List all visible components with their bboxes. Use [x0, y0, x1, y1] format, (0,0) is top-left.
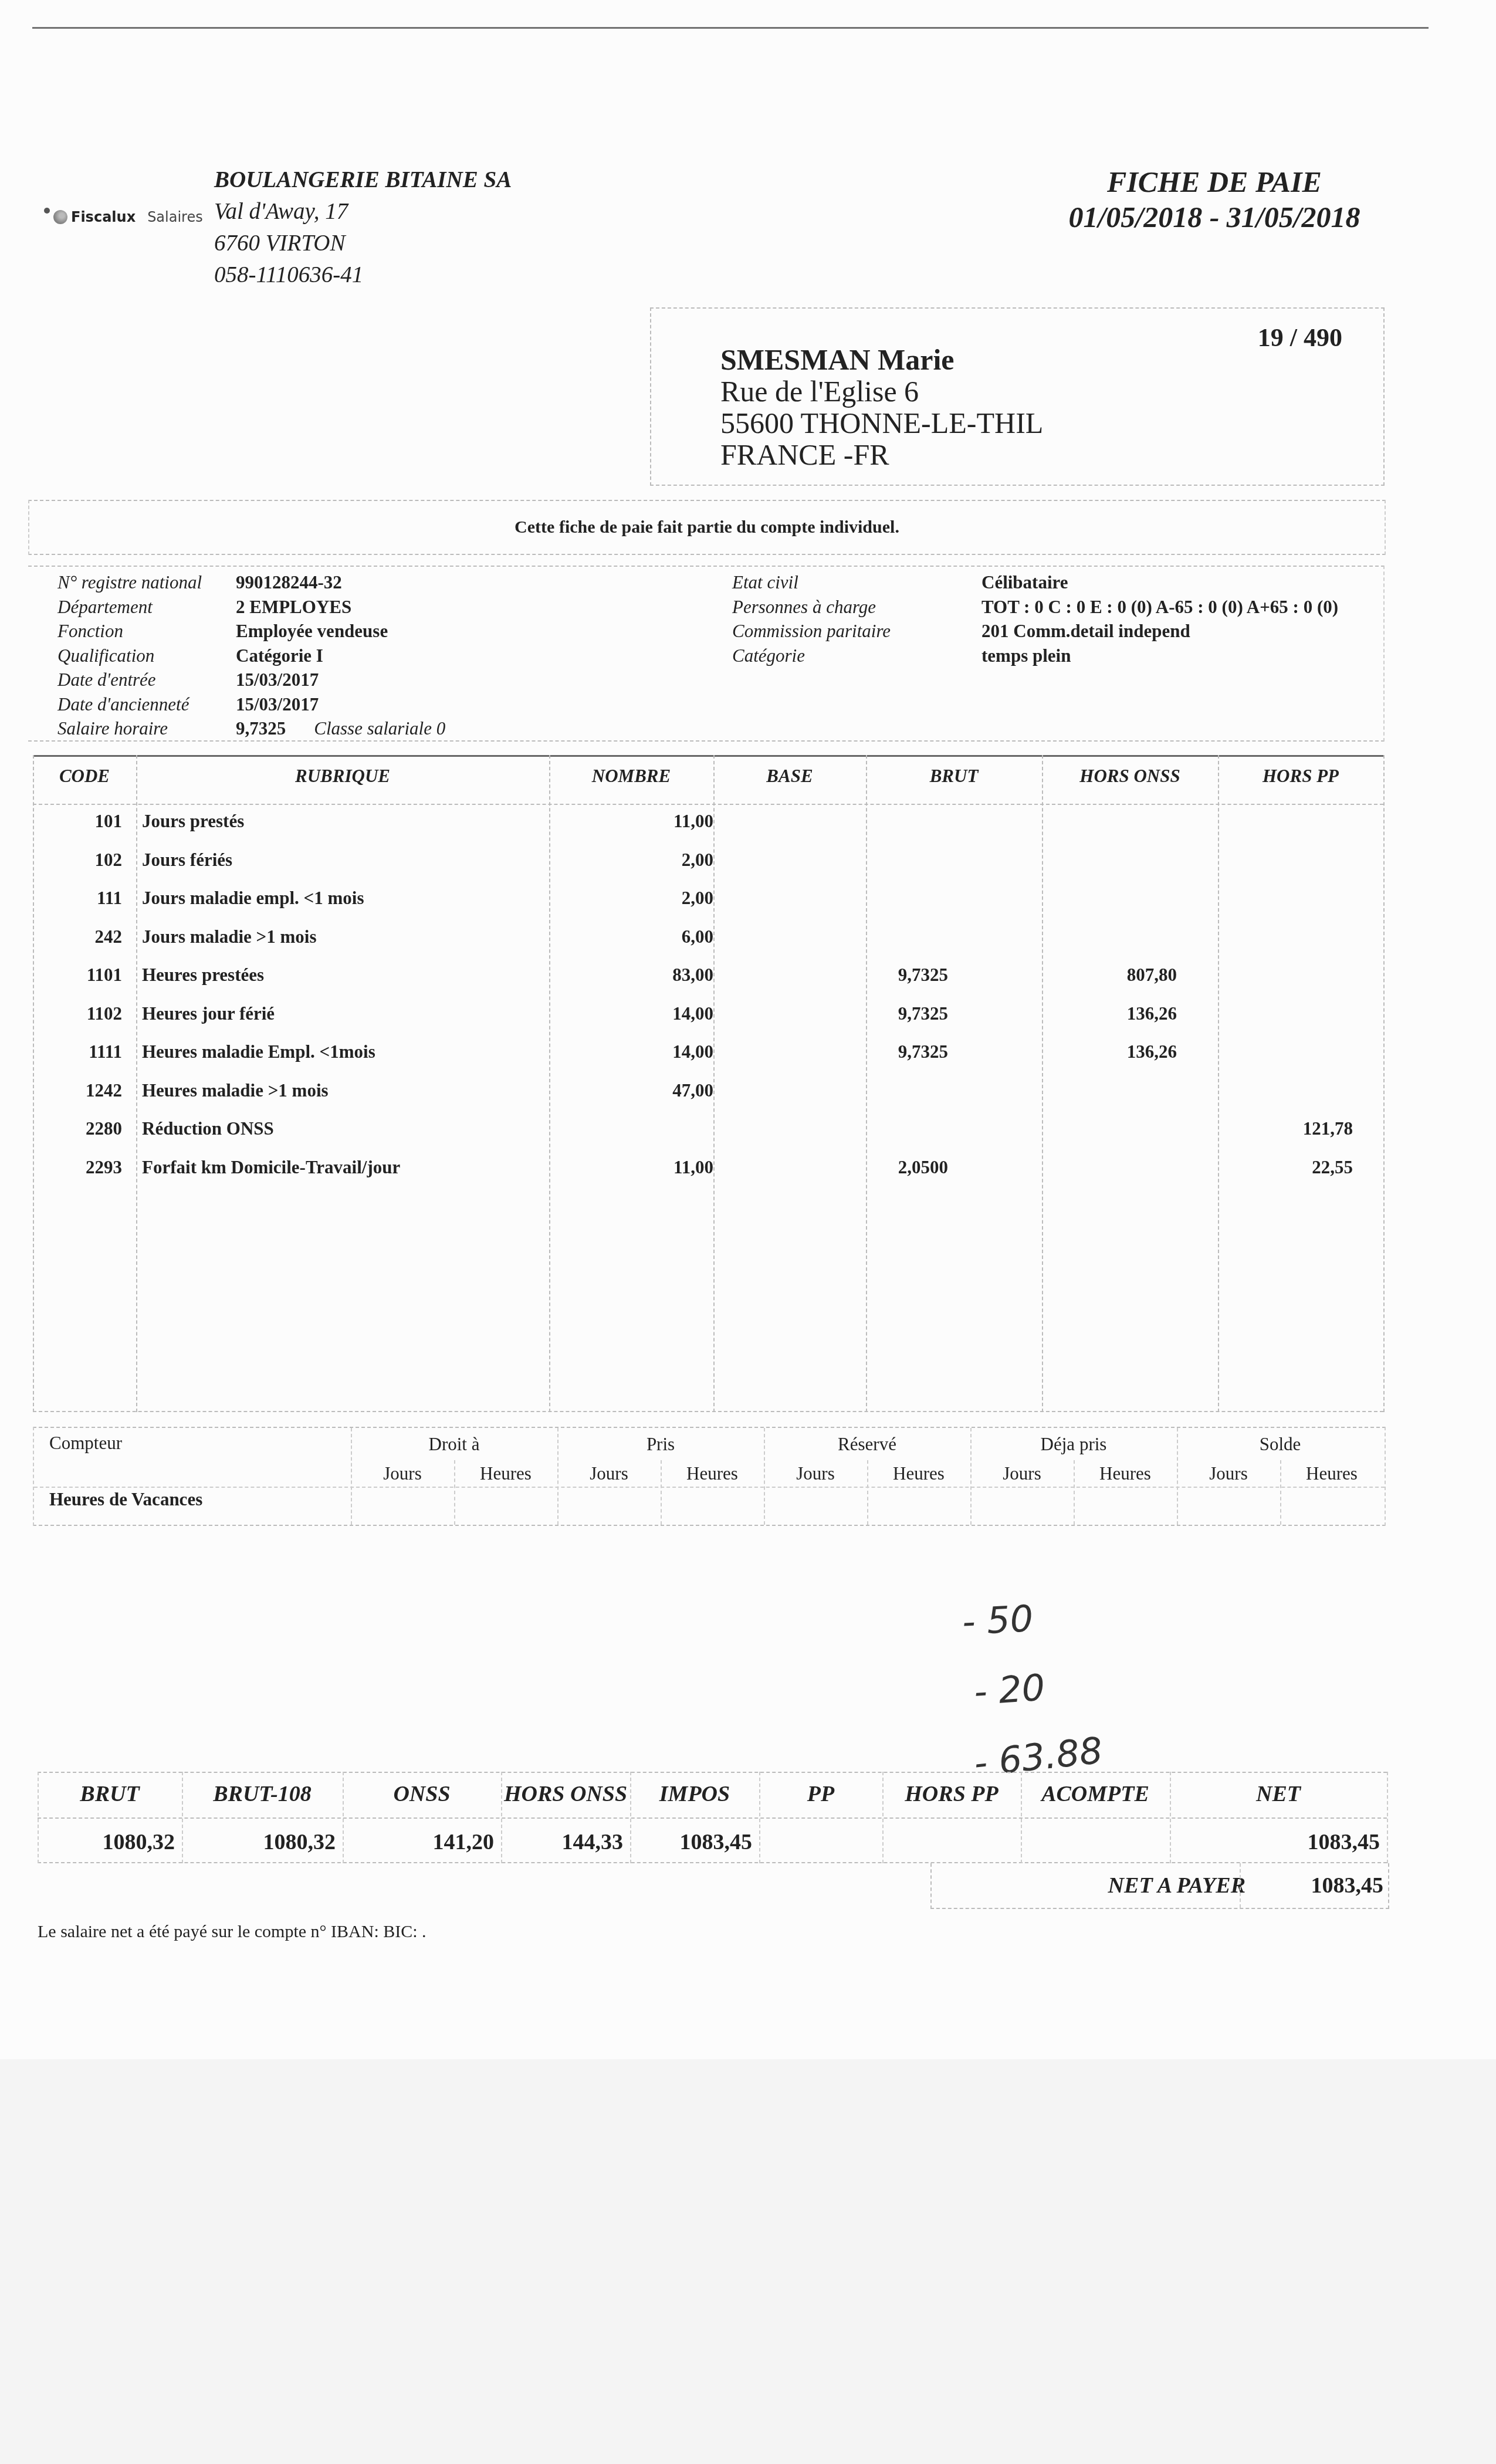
info-label: Commission paritaire	[732, 619, 981, 644]
cell-nombre: 14,00	[549, 1003, 713, 1024]
column-header: RUBRIQUE	[136, 766, 549, 787]
employee-info-right: Etat civilCélibatairePersonnes à chargeT…	[732, 570, 1338, 668]
info-row: FonctionEmployée vendeuse	[57, 619, 445, 644]
scan-background	[0, 2059, 1496, 2464]
cell-base: 9,7325	[713, 1041, 948, 1062]
cell-hors-onss: 22,55	[1177, 1157, 1353, 1178]
payslip-page: Fiscalux Salaires BOULANGERIE BITAINE SA…	[0, 0, 1496, 2059]
recipient-name: SMESMAN Marie	[720, 344, 1043, 375]
cell-nombre: 83,00	[549, 964, 713, 986]
info-value: 15/03/2017	[236, 668, 319, 692]
totals-header: ACOMPTE	[1021, 1781, 1170, 1807]
info-value: Catégorie I	[236, 644, 323, 668]
cell-brut: 136,26	[948, 1041, 1177, 1062]
cell-rubrique: Réduction ONSS	[142, 1118, 274, 1139]
table-row: 1101Heures prestées83,009,7325807,80	[33, 964, 1383, 1003]
totals-value: 1083,45	[1170, 1829, 1380, 1855]
recipient-street: Rue de l'Eglise 6	[720, 375, 1043, 407]
cell-nombre: 11,00	[549, 811, 713, 832]
totals-header: BRUT-108	[182, 1781, 343, 1807]
handwritten-note: - 20	[972, 1649, 1105, 1727]
info-label: Personnes à charge	[732, 595, 981, 620]
recipient-city: 55600 THONNE-LE-THIL	[720, 407, 1043, 439]
column-header: BASE	[713, 766, 866, 787]
totals-divider	[38, 1772, 39, 1863]
counter-divider	[34, 1487, 1385, 1488]
table-row: 242Jours maladie >1 mois6,00	[33, 926, 1383, 964]
cell-code: 1111	[33, 1041, 122, 1062]
column-header: HORS ONSS	[1042, 766, 1218, 787]
pay-lines-bottom-rule	[33, 1411, 1383, 1412]
totals-divider	[1021, 1772, 1022, 1863]
cell-rubrique: Heures maladie Empl. <1mois	[142, 1041, 375, 1062]
net-a-payer-box: NET A PAYER 1083,45	[930, 1863, 1389, 1909]
salary-class: Classe salariale 0	[314, 716, 445, 741]
totals-value: 141,20	[343, 1829, 494, 1855]
counter-sub-header: Jours	[1177, 1463, 1280, 1484]
info-row: Personnes à chargeTOT : 0 C : 0 E : 0 (0…	[732, 595, 1338, 620]
counter-group-header: Réservé	[764, 1434, 970, 1455]
cell-rubrique: Heures jour férié	[142, 1003, 275, 1024]
cell-rubrique: Forfait km Domicile-Travail/jour	[142, 1157, 400, 1178]
totals-divider	[182, 1772, 183, 1863]
counter-group-header: Solde	[1177, 1434, 1383, 1455]
counter-divider	[661, 1460, 662, 1525]
info-row: Date d'entrée15/03/2017	[57, 668, 445, 692]
info-value: Célibataire	[981, 570, 1068, 595]
cell-rubrique: Jours prestés	[142, 811, 244, 832]
counter-group-header: Pris	[557, 1434, 764, 1455]
cell-rubrique: Heures prestées	[142, 964, 264, 986]
column-header: HORS PP	[1218, 766, 1383, 787]
cell-code: 1242	[33, 1080, 122, 1101]
cell-code: 111	[33, 888, 122, 909]
info-value: 2 EMPLOYES	[236, 595, 351, 620]
logo-product: Salaires	[147, 209, 203, 225]
net-a-payer-divider	[1240, 1863, 1241, 1908]
cell-code: 101	[33, 811, 122, 832]
info-label: Salaire horaire	[57, 716, 236, 741]
totals-divider	[630, 1772, 631, 1863]
info-value: 990128244-32	[236, 570, 342, 595]
cell-nombre: 11,00	[549, 1157, 713, 1178]
leave-counter-table: Compteur Droit àJoursHeuresPrisJoursHeur…	[33, 1427, 1386, 1526]
counter-sub-header: Jours	[970, 1463, 1074, 1484]
table-row: 1111Heures maladie Empl. <1mois14,009,73…	[33, 1041, 1383, 1079]
counter-sub-header: Heures	[1280, 1463, 1383, 1484]
pay-lines-table: CODERUBRIQUENOMBREBASEBRUTHORS ONSSHORS …	[33, 755, 1383, 1412]
counter-divider	[1074, 1460, 1075, 1525]
info-label: Date d'entrée	[57, 668, 236, 692]
info-value: temps plein	[981, 644, 1071, 668]
info-label: Date d'ancienneté	[57, 692, 236, 717]
page-counter: 19 / 490	[1258, 323, 1342, 353]
cell-brut: 136,26	[948, 1003, 1177, 1024]
info-label: N° registre national	[57, 570, 236, 595]
cell-rubrique: Jours maladie >1 mois	[142, 926, 317, 947]
totals-header: PP	[759, 1781, 882, 1807]
totals-value: 1080,32	[38, 1829, 175, 1855]
table-row: 101Jours prestés11,00	[33, 811, 1383, 849]
table-row: 111Jours maladie empl. <1 mois2,00	[33, 888, 1383, 926]
company-block: BOULANGERIE BITAINE SA Val d'Away, 17 67…	[214, 164, 512, 291]
counter-sub-header: Heures	[867, 1463, 970, 1484]
cell-rubrique: Heures maladie >1 mois	[142, 1080, 329, 1101]
company-name: BOULANGERIE BITAINE SA	[214, 164, 512, 196]
totals-divider	[1387, 1772, 1388, 1863]
cell-code: 2280	[33, 1118, 122, 1139]
info-row: Commission paritaire201 Comm.detail inde…	[732, 619, 1338, 644]
info-row: Date d'ancienneté15/03/2017	[57, 692, 445, 717]
logo-swirl-icon	[53, 210, 67, 224]
document-title-block: FICHE DE PAIE 01/05/2018 - 31/05/2018	[1038, 164, 1390, 235]
totals-header: NET	[1170, 1781, 1387, 1807]
document-title: FICHE DE PAIE	[1038, 164, 1390, 199]
counter-label: Compteur	[49, 1433, 122, 1454]
totals-value: 144,33	[501, 1829, 623, 1855]
info-value: 15/03/2017	[236, 692, 319, 717]
info-value: TOT : 0 C : 0 E : 0 (0) A-65 : 0 (0) A+6…	[981, 595, 1338, 620]
recipient-country: FRANCE -FR	[720, 439, 1043, 471]
totals-table: NET A PAYER 1083,45 BRUT1080,32BRUT-1081…	[38, 1772, 1387, 1918]
table-row: 1242Heures maladie >1 mois47,00	[33, 1080, 1383, 1118]
info-value: 9,7325	[236, 716, 286, 741]
cell-rubrique: Jours fériés	[142, 849, 232, 871]
info-value: Employée vendeuse	[236, 619, 388, 644]
totals-header: HORS ONSS	[501, 1781, 630, 1807]
counter-divider	[1280, 1460, 1281, 1525]
totals-header: HORS PP	[882, 1781, 1021, 1807]
info-row: N° registre national990128244-32	[57, 570, 445, 595]
info-row: Catégorietemps plein	[732, 644, 1338, 668]
cell-code: 242	[33, 926, 122, 947]
info-row: Salaire horaire9,7325Classe salariale 0	[57, 716, 445, 741]
cell-base: 2,0500	[713, 1157, 948, 1178]
info-label: Fonction	[57, 619, 236, 644]
counter-sub-header: Heures	[661, 1463, 764, 1484]
net-a-payer-label: NET A PAYER	[932, 1873, 1245, 1898]
counter-sub-header: Heures	[1074, 1463, 1177, 1484]
column-divider	[1383, 755, 1385, 1412]
totals-divider	[343, 1772, 344, 1863]
cell-nombre: 2,00	[549, 849, 713, 871]
totals-divider	[501, 1772, 502, 1863]
cell-code: 2293	[33, 1157, 122, 1178]
cell-rubrique: Jours maladie empl. <1 mois	[142, 888, 364, 909]
cell-nombre: 6,00	[549, 926, 713, 947]
net-a-payer-value: 1083,45	[1311, 1873, 1384, 1898]
company-street: Val d'Away, 17	[214, 196, 512, 228]
totals-header: IMPOS	[630, 1781, 759, 1807]
totals-value: 1083,45	[630, 1829, 752, 1855]
scan-top-rule	[32, 27, 1429, 29]
employee-info-left: N° registre national990128244-32Départem…	[57, 570, 445, 741]
column-header: NOMBRE	[549, 766, 713, 787]
recipient-box: 19 / 490 SMESMAN Marie Rue de l'Eglise 6…	[650, 307, 1385, 486]
info-label: Catégorie	[732, 644, 981, 668]
cell-code: 1101	[33, 964, 122, 986]
info-value: 201 Comm.detail independ	[981, 619, 1190, 644]
table-row: 102Jours fériés2,00	[33, 849, 1383, 888]
cell-nombre: 47,00	[549, 1080, 713, 1101]
totals-header: BRUT	[38, 1781, 182, 1807]
info-label: Etat civil	[732, 570, 981, 595]
counter-sub-header: Jours	[557, 1463, 661, 1484]
totals-divider	[882, 1772, 884, 1863]
totals-divider	[1170, 1772, 1171, 1863]
cell-nombre: 14,00	[549, 1041, 713, 1062]
counter-row-label: Heures de Vacances	[49, 1489, 202, 1510]
counter-divider	[867, 1460, 868, 1525]
handwritten-note: - 50	[960, 1580, 1104, 1657]
table-row: 2280Réduction ONSS121,78	[33, 1118, 1383, 1156]
totals-value: 1080,32	[182, 1829, 336, 1855]
info-row: Département2 EMPLOYES	[57, 595, 445, 620]
cell-brut: 807,80	[948, 964, 1177, 986]
logo-brand: Fiscalux	[71, 209, 136, 225]
cell-hors-onss: 121,78	[1177, 1118, 1353, 1139]
column-header: CODE	[33, 766, 136, 787]
company-number: 058-1110636-41	[214, 259, 512, 291]
counter-divider	[454, 1460, 455, 1525]
software-logo: Fiscalux Salaires	[44, 209, 203, 225]
cell-code: 1102	[33, 1003, 122, 1024]
counter-sub-header: Heures	[454, 1463, 557, 1484]
counter-group-header: Déja pris	[970, 1434, 1177, 1455]
counter-sub-header: Jours	[351, 1463, 454, 1484]
recipient-address: SMESMAN Marie Rue de l'Eglise 6 55600 TH…	[720, 344, 1043, 471]
payment-footer: Le salaire net a été payé sur le compte …	[38, 1922, 427, 1942]
cell-base: 9,7325	[713, 1003, 948, 1024]
column-header: BRUT	[866, 766, 1042, 787]
counter-group-header: Droit à	[351, 1434, 557, 1455]
logo-dot-icon	[44, 208, 50, 214]
company-city: 6760 VIRTON	[214, 228, 512, 259]
info-label: Qualification	[57, 644, 236, 668]
employee-info: N° registre national990128244-32Départem…	[28, 566, 1385, 742]
totals-divider	[759, 1772, 760, 1863]
document-period: 01/05/2018 - 31/05/2018	[1038, 199, 1390, 235]
counter-sub-header: Jours	[764, 1463, 867, 1484]
handwritten-notes: - 50 - 20 - 63.88	[962, 1584, 1103, 1792]
table-row: 1102Heures jour férié14,009,7325136,26	[33, 1003, 1383, 1041]
table-row: 2293Forfait km Domicile-Travail/jour11,0…	[33, 1157, 1383, 1195]
info-row: Etat civilCélibataire	[732, 570, 1338, 595]
info-row: QualificationCatégorie I	[57, 644, 445, 668]
info-label: Département	[57, 595, 236, 620]
cell-base: 9,7325	[713, 964, 948, 986]
cell-code: 102	[33, 849, 122, 871]
cell-nombre: 2,00	[549, 888, 713, 909]
totals-header: ONSS	[343, 1781, 501, 1807]
individual-account-notice: Cette fiche de paie fait partie du compt…	[28, 500, 1386, 555]
